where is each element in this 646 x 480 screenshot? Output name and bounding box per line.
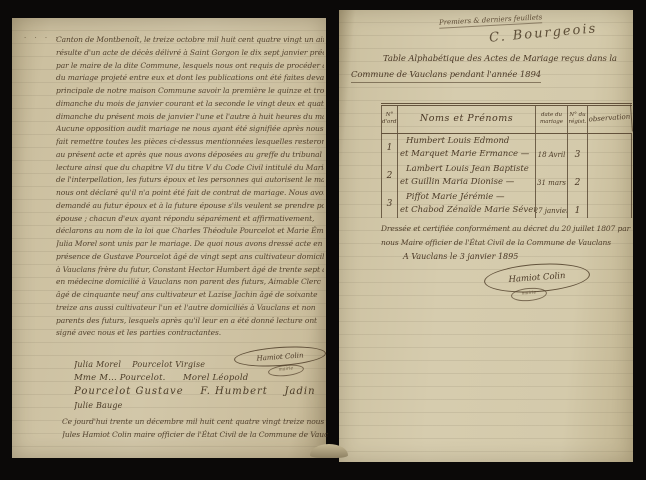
handwritten-line: en médecine domicilié à Vauclans non par…: [56, 276, 324, 289]
handwritten-line: Julia Morel sont unis par le mariage. De…: [56, 238, 324, 251]
handwritten-line: de l'interpellation, les futurs époux et…: [56, 174, 324, 187]
signature-row: Mme M... Pourcelot. Morel Léopold: [74, 372, 324, 386]
left-page-scan: · · · · Canton de Montbenoît, le treize …: [12, 18, 326, 458]
right-page-scan: Premiers & derniers feuillets C. Bourgeo…: [339, 10, 633, 462]
cell-order: 3: [381, 190, 398, 218]
cell-marriage-date: 31 mars: [536, 162, 568, 190]
cell-register-number: 1: [568, 190, 588, 218]
handwritten-line: Dressée et certifiée conformément au déc…: [381, 222, 631, 236]
handwritten-line: Ce jourd'hui trente un décembre mil huit…: [62, 416, 328, 429]
cell-marriage-date: 27 janvier: [536, 190, 568, 218]
handwritten-line: résulte d'un acte de décès délivré à Sai…: [56, 47, 324, 60]
cell-order: 1: [381, 134, 398, 162]
handwritten-line: épouse ; chacun d'eux ayant répondu sépa…: [56, 213, 324, 226]
handwritten-line: Canton de Montbenoît, le treize octobre …: [56, 34, 324, 47]
handwritten-line: présence de Gustave Pourcelot âgé de vin…: [56, 251, 324, 264]
register-book-photo: · · · · Canton de Montbenoît, le treize …: [0, 0, 646, 480]
header-register: N° du régist.: [568, 106, 588, 133]
spouse-name: Humbert Louis Edmond: [398, 135, 535, 148]
place-date-line: A Vauclans le 3 janvier 1895: [403, 252, 518, 261]
spouse-name: et Guillin Maria Dionise —: [398, 176, 535, 189]
handwritten-line: principale de notre maison Commune savoi…: [56, 85, 324, 98]
handwritten-line: déclarons au nom de la loi que Charles T…: [56, 225, 324, 238]
table-row: 1 Humbert Louis Edmond et Marquet Marie …: [381, 134, 632, 162]
closing-statement: Ce jourd'hui trente un décembre mil huit…: [62, 416, 328, 441]
handwritten-line: au présent acte et après que nous avons …: [56, 149, 324, 162]
handwritten-line: par le maire de la dite Commune, lesquel…: [56, 60, 324, 73]
handwritten-line: du mariage projeté entre eux et dont les…: [56, 72, 324, 85]
header-order: N° d'ordre: [381, 106, 398, 133]
handwritten-line: à Vauclans frère du futur, Constant Hect…: [56, 264, 324, 277]
marriage-index-table: N° d'ordre Noms et Prénoms date du maria…: [381, 103, 632, 218]
handwritten-line: dimanche du mois de janvier courant et l…: [56, 98, 324, 111]
table-body: 1 Humbert Louis Edmond et Marquet Marie …: [381, 134, 632, 218]
cell-register-number: 3: [568, 134, 588, 162]
cell-observation: [588, 134, 632, 162]
table-row: 2 Lambert Louis Jean Baptiste et Guillin…: [381, 162, 632, 190]
cell-marriage-date: 18 Avril: [536, 134, 568, 162]
certification-statement: Dressée et certifiée conformément au déc…: [381, 222, 631, 250]
header-observation: observation: [587, 104, 633, 134]
spouse-name: Piffot Marie Jérémie —: [398, 191, 535, 204]
handwritten-line: Jules Hamiot Colin maire officier de l'É…: [62, 429, 328, 442]
cell-names: Piffot Marie Jérémie — et Chabod Zénaïde…: [398, 190, 536, 218]
cell-observation: [588, 162, 632, 190]
handwritten-line: lecture ainsi que du chapitre VI du titr…: [56, 162, 324, 175]
cell-names: Humbert Louis Edmond et Marquet Marie Er…: [398, 134, 536, 162]
header-names: Noms et Prénoms: [398, 106, 536, 133]
cell-order: 2: [381, 162, 398, 190]
handwritten-line: nous Maire officier de l'État Civil de l…: [381, 236, 631, 250]
handwritten-line: demandé au futur époux et à la future ép…: [56, 200, 324, 213]
handwritten-line: treize ans aussi cultivateur l'un et l'a…: [56, 302, 324, 315]
table-row: 3 Piffot Marie Jérémie — et Chabod Zénaï…: [381, 190, 632, 218]
spouse-name: et Marquet Marie Ermance —: [398, 148, 535, 161]
handwritten-line: dimanche du présent mois de janvier l'un…: [56, 111, 324, 124]
table-title-line1: Table Alphabétique des Actes de Mariage …: [383, 54, 617, 64]
cell-names: Lambert Louis Jean Baptiste et Guillin M…: [398, 162, 536, 190]
signature-row: Julie Bauge: [74, 399, 324, 413]
witness-signatures: Julia Morel Pourcelot Virgise Mme M... P…: [74, 358, 324, 412]
handwritten-line: fait remettre toutes les pièces ci-dessu…: [56, 136, 324, 149]
spouse-name: Lambert Louis Jean Baptiste: [398, 163, 535, 176]
signature-row: Pourcelot Gustave F. Humbert Jadin A. Hu…: [74, 385, 324, 399]
handwritten-line: nous ont déclaré qu'il n'a point été fai…: [56, 187, 324, 200]
cell-register-number: 2: [568, 162, 588, 190]
handwritten-line: Aucune opposition audit mariage ne nous …: [56, 123, 324, 136]
handwritten-line: parents des futurs, lesquels après qu'il…: [56, 315, 324, 328]
handwritten-line: signé avec nous et les parties contracta…: [56, 327, 324, 340]
header-date: date du mariage: [536, 106, 568, 133]
cell-observation: [588, 190, 632, 218]
marriage-act-body: Canton de Montbenoît, le treize octobre …: [56, 34, 324, 340]
table-title-line2: Commune de Vauclans pendant l'année 1894: [351, 70, 541, 83]
signature-row: Julia Morel Pourcelot Virgise: [74, 358, 324, 372]
spouse-name: et Chabod Zénaïde Marie Séverin: [398, 204, 535, 217]
handwritten-line: âgé de cinquante neuf ans cultivateur et…: [56, 289, 324, 302]
table-header-row: N° d'ordre Noms et Prénoms date du maria…: [381, 103, 632, 134]
